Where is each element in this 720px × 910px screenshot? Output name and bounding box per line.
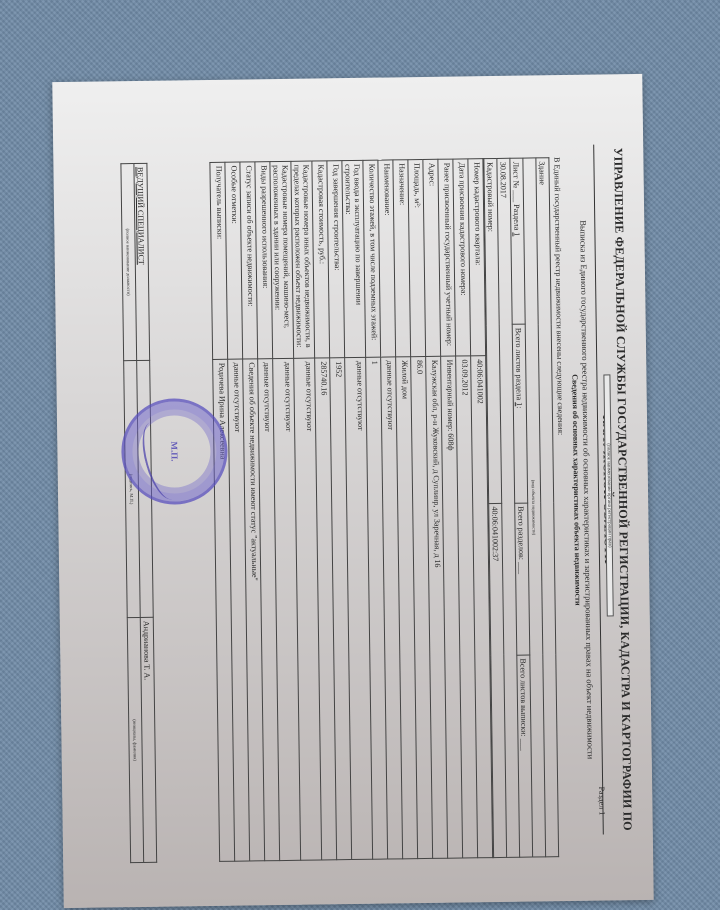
row-label: Год ввода в эксплуатацию по завершении с…	[342, 160, 366, 357]
total-sections: Всего разделов: ___	[515, 503, 530, 655]
row-label: Ранее присвоенный государственный учетны…	[438, 159, 456, 356]
row-label: Особые отметки:	[225, 162, 243, 359]
row-label: Год завершения строительства:	[327, 161, 345, 358]
row-label: Кадастровая стоимость, руб.:	[312, 161, 330, 358]
row-label: Площадь, м²:	[408, 159, 426, 356]
row-label: Статус записи об объекте недвижимости:	[240, 162, 258, 359]
row-label: Назначение:	[393, 160, 411, 357]
row-label: Дата присвоения кадастрового номера:	[453, 159, 471, 356]
row-label: Адрес:	[423, 159, 441, 356]
signatory-title: ВЕДУЩИЙ СПЕЦИАЛИСТ	[134, 163, 150, 360]
agency-header: УПРАВЛЕНИЕ ФЕДЕРАЛЬНОЙ СЛУЖБЫ ГОСУДАРСТВ…	[593, 144, 635, 834]
signatory-title-caption: (полное наименование должности)	[121, 164, 137, 361]
row-label: Получатель выписки:	[210, 162, 228, 359]
header-table: Здание (вид объекта недвижимости) Лист №…	[483, 157, 559, 858]
row-label: Номер кадастрового квартала:	[468, 159, 486, 356]
row-label: Кадастровые номера иных объектов недвижи…	[291, 161, 315, 358]
row-label: Наименование:	[378, 160, 396, 357]
document-page: УПРАВЛЕНИЕ ФЕДЕРАЛЬНОЙ СЛУЖБЫ ГОСУДАРСТВ…	[52, 74, 653, 908]
row-label: Виды разрешенного использования:	[255, 162, 273, 359]
document-content: УПРАВЛЕНИЕ ФЕДЕРАЛЬНОЙ СЛУЖБЫ ГОСУДАРСТВ…	[52, 74, 653, 908]
signature-table: ВЕДУЩИЙ СПЕЦИАЛИСТ Андрианова Т. А. (пол…	[120, 163, 157, 863]
section-label: Раздел 1	[597, 786, 606, 815]
characteristics-table: Номер кадастрового квартала:40:06:041002…	[209, 158, 493, 862]
intro-text: В Единый государственный реестр недвижим…	[552, 157, 565, 435]
sheet-number: Лист № ___ Раздела 1	[510, 158, 525, 324]
row-label: Количество этажей, в том числе подземных…	[363, 160, 381, 357]
row-label: Кадастровые номера помещений, машино-мес…	[270, 161, 294, 358]
total-sheets-section: Всего листов раздела 1:	[512, 324, 527, 503]
